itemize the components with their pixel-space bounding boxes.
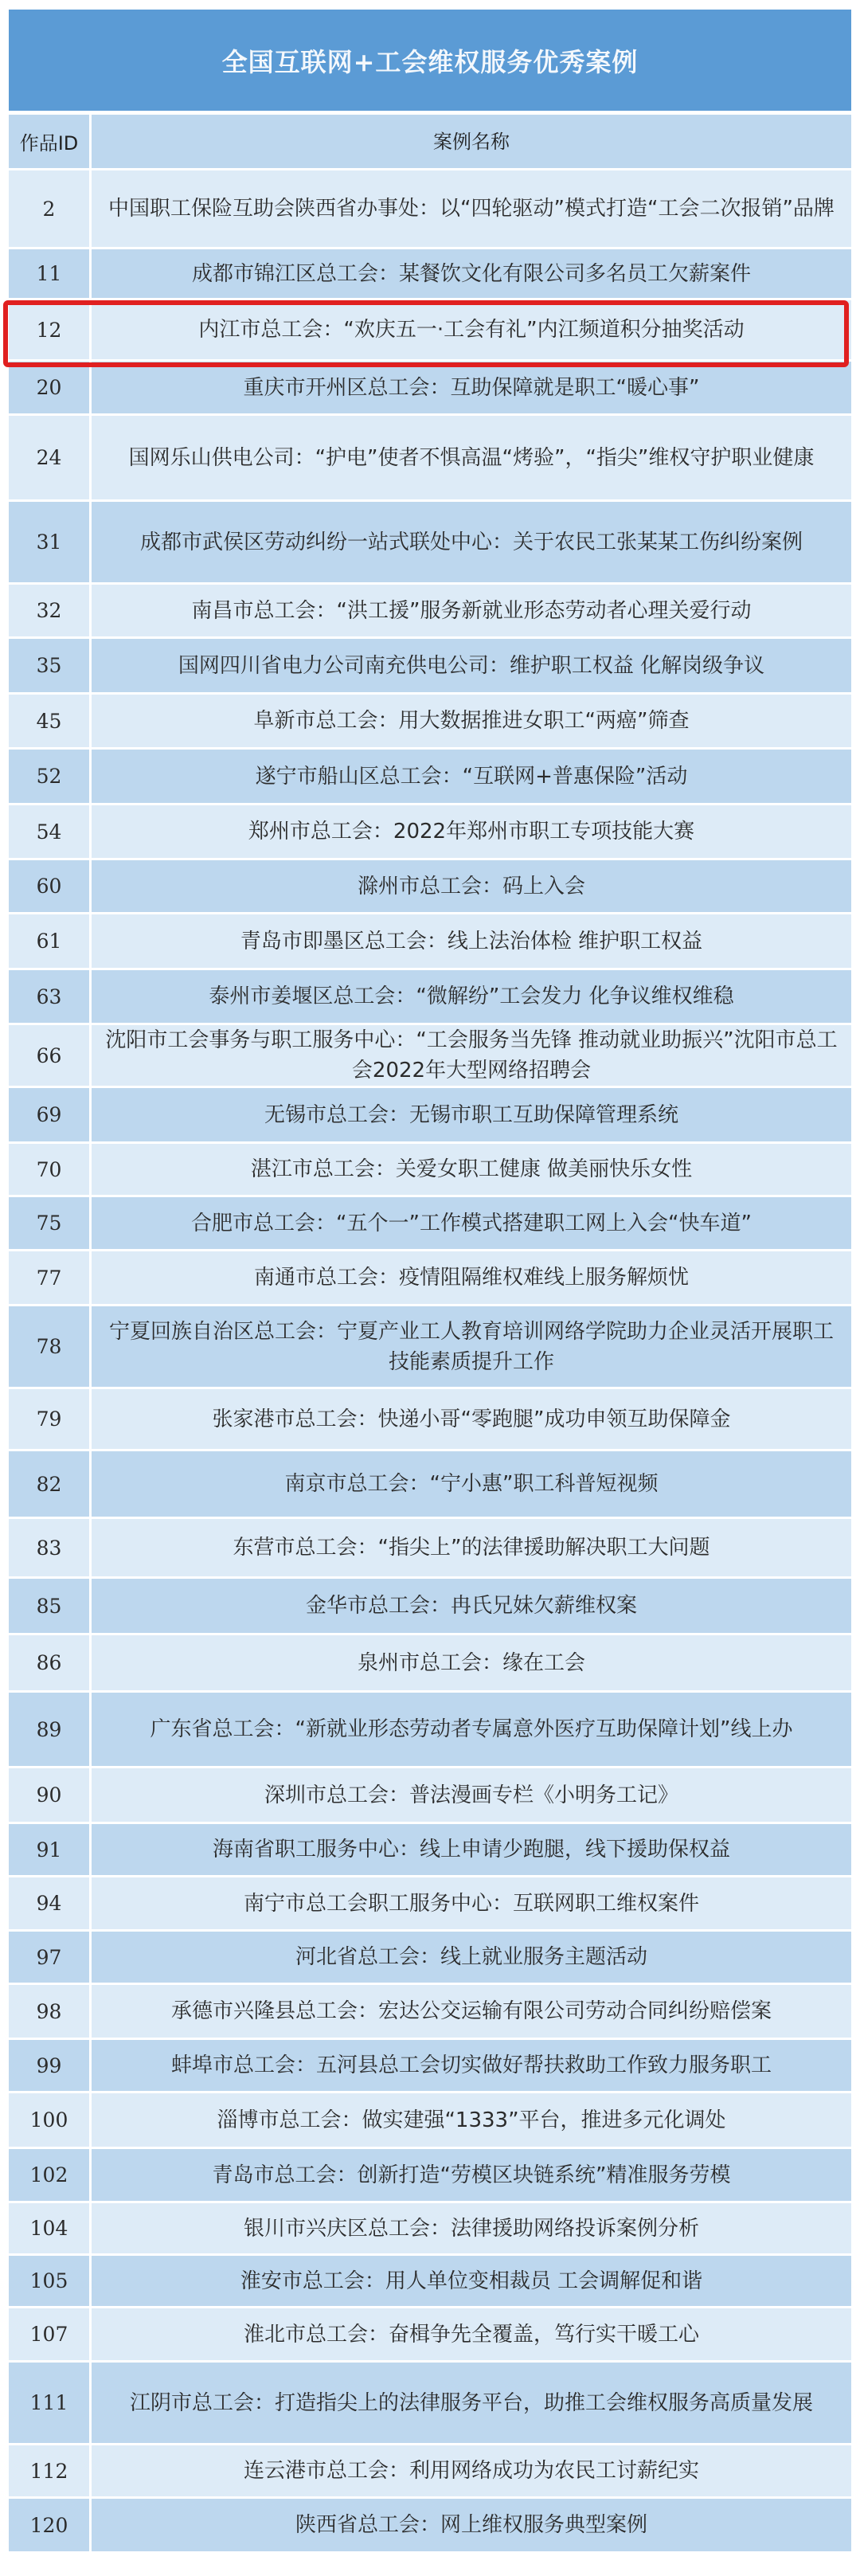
case-id: 75 (9, 1197, 89, 1249)
case-name: 承德市兴隆县总工会：宏达公交运输有限公司劳动合同纠纷赔偿案 (92, 1985, 851, 2038)
case-name: 淮安市总工会：用人单位变相裁员 工会调解促和谐 (92, 2256, 851, 2306)
case-id: 79 (9, 1389, 89, 1449)
table-row: 83 东营市总工会：“指尖上”的法律援助解决职工大问题 (9, 1519, 851, 1576)
table-row: 11 成都市锦江区总工会：某餐饮文化有限公司多名员工欠薪案件 (9, 249, 851, 298)
case-id: 70 (9, 1144, 89, 1195)
column-header-id: 作品ID (9, 115, 89, 168)
table-row: 100 淄博市总工会：做实建强“1333”平台，推进多元化调处 (9, 2093, 851, 2147)
table-row: 20 重庆市开州区总工会：互助保障就是职工“暖心事” (9, 362, 851, 413)
case-id: 61 (9, 914, 89, 968)
case-name: 深圳市总工会：普法漫画专栏《小明务工记》 (92, 1768, 851, 1822)
case-id: 78 (9, 1306, 89, 1387)
case-name: 国网乐山供电公司：“护电”使者不惧高温“烤验”，“指尖”维权守护职业健康 (92, 416, 851, 499)
table-row: 2 中国职工保险互助会陕西省办事处：以“四轮驱动”模式打造“工会二次报销”品牌 (9, 170, 851, 247)
case-id: 85 (9, 1579, 89, 1633)
table-row: 112 连云港市总工会：利用网络成功为农民工讨薪纪实 (9, 2445, 851, 2496)
case-id: 35 (9, 639, 89, 692)
table-header-row: 作品ID 案例名称 (9, 115, 851, 168)
case-id: 69 (9, 1088, 89, 1141)
table-row: 31 成都市武侯区劳动纠纷一站式联处中心：关于农民工张某某工伤纠纷案例 (9, 502, 851, 582)
case-name: 国网四川省电力公司南充供电公司：维护职工权益 化解岗级争议 (92, 639, 851, 692)
case-id: 52 (9, 750, 89, 803)
case-name: 广东省总工会：“新就业形态劳动者专属意外医疗互助保障计划”线上办 (92, 1693, 851, 1766)
case-id: 60 (9, 860, 89, 912)
column-header-case-name: 案例名称 (92, 115, 851, 168)
table-row: 120 陕西省总工会：网上维权服务典型案例 (9, 2499, 851, 2551)
case-name: 连云港市总工会：利用网络成功为农民工讨薪纪实 (92, 2445, 851, 2496)
case-name: 湛江市总工会：关爱女职工健康 做美丽快乐女性 (92, 1144, 851, 1195)
case-name: 青岛市即墨区总工会：线上法治体检 维护职工权益 (92, 914, 851, 968)
case-name: 成都市武侯区劳动纠纷一站式联处中心：关于农民工张某某工伤纠纷案例 (92, 502, 851, 582)
case-id: 112 (9, 2445, 89, 2496)
case-name: 青岛市总工会：创新打造“劳模区块链系统”精准服务劳模 (92, 2149, 851, 2201)
case-id: 86 (9, 1635, 89, 1690)
case-name: 郑州市总工会：2022年郑州市职工专项技能大赛 (92, 805, 851, 858)
table-row: 97 河北省总工会：线上就业服务主题活动 (9, 1932, 851, 1983)
case-id: 11 (9, 249, 89, 298)
case-id: 104 (9, 2203, 89, 2253)
case-name: 阜新市总工会：用大数据推进女职工“两癌”筛查 (92, 695, 851, 747)
case-id: 63 (9, 970, 89, 1023)
case-name: 张家港市总工会：快递小哥“零跑腿”成功申领互助保障金 (92, 1389, 851, 1449)
case-id: 83 (9, 1519, 89, 1576)
case-name: 泰州市姜堰区总工会：“微解纷”工会发力 化争议维权维稳 (92, 970, 851, 1023)
case-name: 南通市总工会：疫情阻隔维权难线上服务解烦忧 (92, 1251, 851, 1304)
case-name: 陕西省总工会：网上维权服务典型案例 (92, 2499, 851, 2551)
case-id: 100 (9, 2093, 89, 2147)
case-name: 海南省职工服务中心：线上申请少跑腿，线下援助保权益 (92, 1824, 851, 1875)
case-name: 南昌市总工会：“洪工援”服务新就业形态劳动者心理关爱行动 (92, 585, 851, 636)
table-row: 111 江阴市总工会：打造指尖上的法律服务平台，助推工会维权服务高质量发展 (9, 2363, 851, 2443)
case-name: 银川市兴庆区总工会：法律援助网络投诉案例分析 (92, 2203, 851, 2253)
cases-table: 全国互联网+工会维权服务优秀案例 作品ID 案例名称 2 中国职工保险互助会陕西… (9, 10, 851, 2554)
table-title-banner: 全国互联网+工会维权服务优秀案例 (9, 10, 851, 111)
table-row: 52 遂宁市船山区总工会：“互联网+普惠保险”活动 (9, 750, 851, 803)
case-name: 蚌埠市总工会：五河县总工会切实做好帮扶救助工作致力服务职工 (92, 2040, 851, 2091)
table-row: 69 无锡市总工会：无锡市职工互助保障管理系统 (9, 1088, 851, 1141)
table-row: 94 南宁市总工会职工服务中心：互联网职工维权案件 (9, 1877, 851, 1929)
case-name: 东营市总工会：“指尖上”的法律援助解决职工大问题 (92, 1519, 851, 1576)
case-id: 77 (9, 1251, 89, 1304)
table-row: 66 沈阳市工会事务与职工服务中心：“工会服务当先锋 推动就业助振兴”沈阳市总工… (9, 1025, 851, 1086)
case-id: 45 (9, 695, 89, 747)
table-row: 85 金华市总工会：冉氏兄妹欠薪维权案 (9, 1579, 851, 1633)
case-id: 97 (9, 1932, 89, 1983)
case-id: 91 (9, 1824, 89, 1875)
case-name: 沈阳市工会事务与职工服务中心：“工会服务当先锋 推动就业助振兴”沈阳市总工会20… (92, 1025, 851, 1086)
case-name: 淮北市总工会：奋楫争先全覆盖，笃行实干暖工心 (92, 2308, 851, 2360)
case-id: 20 (9, 362, 89, 413)
case-name: 重庆市开州区总工会：互助保障就是职工“暖心事” (92, 362, 851, 413)
case-name: 宁夏回族自治区总工会：宁夏产业工人教育培训网络学院助力企业灵活开展职工技能素质提… (92, 1306, 851, 1387)
case-id: 105 (9, 2256, 89, 2306)
table-row: 86 泉州市总工会：缘在工会 (9, 1635, 851, 1690)
case-name: 遂宁市船山区总工会：“互联网+普惠保险”活动 (92, 750, 851, 803)
table-row: 35 国网四川省电力公司南充供电公司：维护职工权益 化解岗级争议 (9, 639, 851, 692)
case-name: 南京市总工会：“宁小惠”职工科普短视频 (92, 1451, 851, 1517)
table-row-highlighted: 12 内江市总工会：“欢庆五一·工会有礼”内江频道积分抽奖活动 (9, 300, 851, 359)
case-name: 江阴市总工会：打造指尖上的法律服务平台，助推工会维权服务高质量发展 (92, 2363, 851, 2443)
case-id: 82 (9, 1451, 89, 1517)
table-row: 104 银川市兴庆区总工会：法律援助网络投诉案例分析 (9, 2203, 851, 2253)
table-row: 24 国网乐山供电公司：“护电”使者不惧高温“烤验”，“指尖”维权守护职业健康 (9, 416, 851, 499)
case-name: 成都市锦江区总工会：某餐饮文化有限公司多名员工欠薪案件 (92, 249, 851, 298)
case-id: 90 (9, 1768, 89, 1822)
case-name: 泉州市总工会：缘在工会 (92, 1635, 851, 1690)
case-id: 32 (9, 585, 89, 636)
table-row: 45 阜新市总工会：用大数据推进女职工“两癌”筛查 (9, 695, 851, 747)
table-title: 全国互联网+工会维权服务优秀案例 (222, 42, 639, 79)
table-row: 54 郑州市总工会：2022年郑州市职工专项技能大赛 (9, 805, 851, 858)
table-row: 79 张家港市总工会：快递小哥“零跑腿”成功申领互助保障金 (9, 1389, 851, 1449)
table-row: 89 广东省总工会：“新就业形态劳动者专属意外医疗互助保障计划”线上办 (9, 1693, 851, 1766)
case-id: 102 (9, 2149, 89, 2201)
table-row: 99 蚌埠市总工会：五河县总工会切实做好帮扶救助工作致力服务职工 (9, 2040, 851, 2091)
case-id: 111 (9, 2363, 89, 2443)
table-row: 60 滁州市总工会：码上入会 (9, 860, 851, 912)
table-row: 102 青岛市总工会：创新打造“劳模区块链系统”精准服务劳模 (9, 2149, 851, 2201)
case-name: 南宁市总工会职工服务中心：互联网职工维权案件 (92, 1877, 851, 1929)
table-row: 32 南昌市总工会：“洪工援”服务新就业形态劳动者心理关爱行动 (9, 585, 851, 636)
case-name: 淄博市总工会：做实建强“1333”平台，推进多元化调处 (92, 2093, 851, 2147)
case-id: 12 (9, 300, 89, 359)
case-name: 合肥市总工会：“五个一”工作模式搭建职工网上入会“快车道” (92, 1197, 851, 1249)
table-row: 82 南京市总工会：“宁小惠”职工科普短视频 (9, 1451, 851, 1517)
case-id: 31 (9, 502, 89, 582)
case-name: 无锡市总工会：无锡市职工互助保障管理系统 (92, 1088, 851, 1141)
table-row: 77 南通市总工会：疫情阻隔维权难线上服务解烦忧 (9, 1251, 851, 1304)
table-row: 105 淮安市总工会：用人单位变相裁员 工会调解促和谐 (9, 2256, 851, 2306)
case-id: 99 (9, 2040, 89, 2091)
table-row: 70 湛江市总工会：关爱女职工健康 做美丽快乐女性 (9, 1144, 851, 1195)
case-id: 24 (9, 416, 89, 499)
case-id: 54 (9, 805, 89, 858)
case-id: 107 (9, 2308, 89, 2360)
case-id: 2 (9, 170, 89, 247)
table-row: 90 深圳市总工会：普法漫画专栏《小明务工记》 (9, 1768, 851, 1822)
case-id: 66 (9, 1025, 89, 1086)
table-row: 91 海南省职工服务中心：线上申请少跑腿，线下援助保权益 (9, 1824, 851, 1875)
table-row: 107 淮北市总工会：奋楫争先全覆盖，笃行实干暖工心 (9, 2308, 851, 2360)
case-id: 89 (9, 1693, 89, 1766)
case-id: 98 (9, 1985, 89, 2038)
table-row: 78 宁夏回族自治区总工会：宁夏产业工人教育培训网络学院助力企业灵活开展职工技能… (9, 1306, 851, 1387)
case-name: 滁州市总工会：码上入会 (92, 860, 851, 912)
case-id: 94 (9, 1877, 89, 1929)
table-row: 75 合肥市总工会：“五个一”工作模式搭建职工网上入会“快车道” (9, 1197, 851, 1249)
case-name: 河北省总工会：线上就业服务主题活动 (92, 1932, 851, 1983)
case-id: 120 (9, 2499, 89, 2551)
case-name: 中国职工保险互助会陕西省办事处：以“四轮驱动”模式打造“工会二次报销”品牌 (92, 170, 851, 247)
case-name: 金华市总工会：冉氏兄妹欠薪维权案 (92, 1579, 851, 1633)
table-row: 61 青岛市即墨区总工会：线上法治体检 维护职工权益 (9, 914, 851, 968)
table-row: 98 承德市兴隆县总工会：宏达公交运输有限公司劳动合同纠纷赔偿案 (9, 1985, 851, 2038)
table-row: 63 泰州市姜堰区总工会：“微解纷”工会发力 化争议维权维稳 (9, 970, 851, 1023)
case-name: 内江市总工会：“欢庆五一·工会有礼”内江频道积分抽奖活动 (92, 300, 851, 359)
